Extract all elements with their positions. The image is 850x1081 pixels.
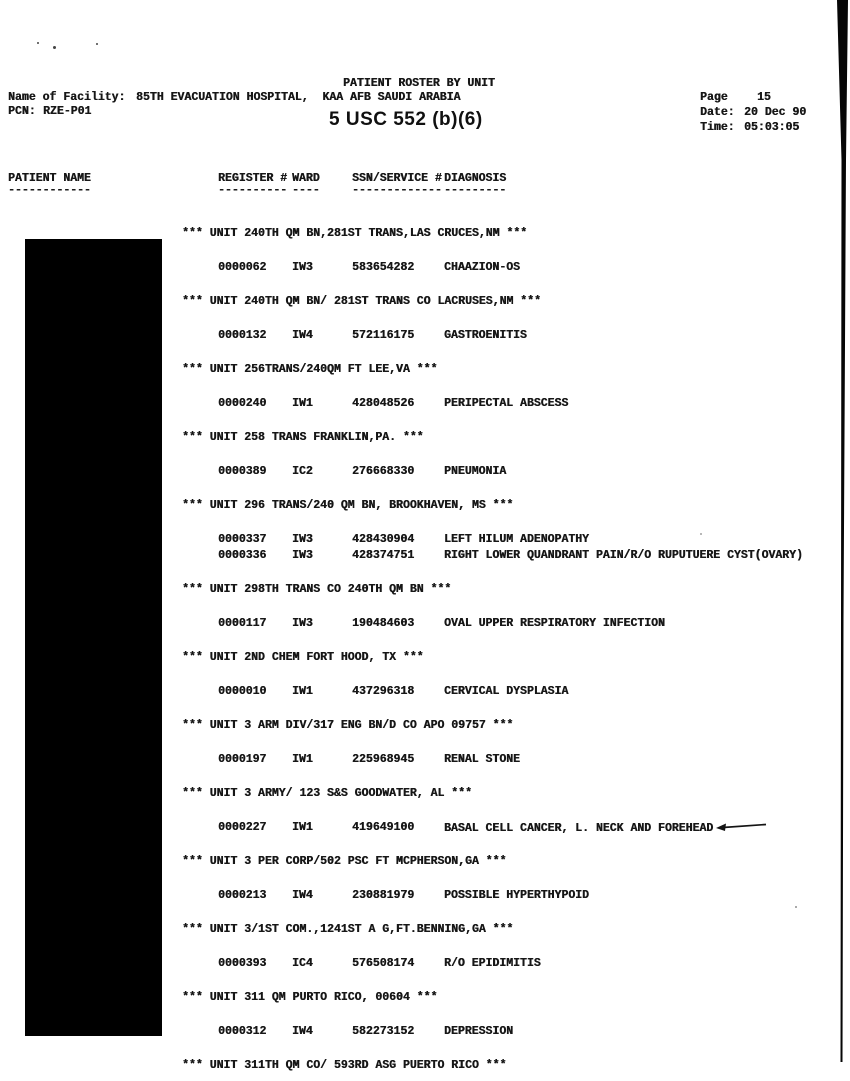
diagnosis-text: RIGHT LOWER QUANDRANT PAIN/R/O RUPUTUERE… bbox=[444, 549, 803, 562]
unit-header: *** UNIT 3 ARMY/ 123 S&S GOODWATER, AL *… bbox=[182, 787, 472, 800]
foia-exemption-stamp: 5 USC 552 (b)(6) bbox=[329, 109, 483, 131]
page-label: Page bbox=[700, 91, 728, 104]
diagnosis-text: DEPRESSION bbox=[444, 1025, 513, 1038]
ssn-service-number: 582273152 bbox=[352, 1025, 414, 1038]
unit-header: *** UNIT 2ND CHEM FORT HOOD, TX *** bbox=[182, 651, 424, 664]
diagnosis-text: POSSIBLE HYPERTHYPOID bbox=[444, 889, 589, 902]
col-rule-patient-name: ------------ bbox=[8, 184, 91, 197]
ward-code: IW3 bbox=[292, 261, 313, 274]
diagnosis-text: LEFT HILUM ADENOPATHY bbox=[444, 533, 589, 546]
scan-edge-artifact bbox=[834, 0, 850, 1081]
ward-code: IW1 bbox=[292, 397, 313, 410]
ssn-service-number: 428374751 bbox=[352, 549, 414, 562]
unit-header: *** UNIT 240TH QM BN,281ST TRANS,LAS CRU… bbox=[182, 227, 527, 240]
ward-code: IW3 bbox=[292, 549, 313, 562]
scan-speck bbox=[795, 906, 797, 908]
register-number: 0000227 bbox=[218, 821, 266, 834]
ward-code: IW1 bbox=[292, 753, 313, 766]
register-number: 0000336 bbox=[218, 549, 266, 562]
diagnosis-text: R/O EPIDIMITIS bbox=[444, 957, 541, 970]
register-number: 0000132 bbox=[218, 329, 266, 342]
ward-code: IW1 bbox=[292, 821, 313, 834]
pcn-value: RZE-P01 bbox=[43, 105, 91, 118]
register-number: 0000393 bbox=[218, 957, 266, 970]
diagnosis-text: RENAL STONE bbox=[444, 753, 520, 766]
register-number: 0000062 bbox=[218, 261, 266, 274]
ward-code: IW3 bbox=[292, 533, 313, 546]
ward-code: IW4 bbox=[292, 329, 313, 342]
diagnosis-text: OVAL UPPER RESPIRATORY INFECTION bbox=[444, 617, 665, 630]
diagnosis-text: PNEUMONIA bbox=[444, 465, 506, 478]
unit-header: *** UNIT 3 PER CORP/502 PSC FT MCPHERSON… bbox=[182, 855, 506, 868]
unit-header: *** UNIT 311 QM PURTO RICO, 00604 *** bbox=[182, 991, 437, 1004]
ssn-service-number: 428048526 bbox=[352, 397, 414, 410]
register-number: 0000337 bbox=[218, 533, 266, 546]
unit-header: *** UNIT 256TRANS/240QM FT LEE,VA *** bbox=[182, 363, 437, 376]
redaction-bar bbox=[25, 239, 162, 1036]
unit-header: *** UNIT 296 TRANS/240 QM BN, BROOKHAVEN… bbox=[182, 499, 513, 512]
col-rule-diagnosis: --------- bbox=[444, 184, 506, 197]
report-title: PATIENT ROSTER BY UNIT bbox=[343, 77, 495, 90]
ssn-service-number: 437296318 bbox=[352, 685, 414, 698]
ssn-service-number: 230881979 bbox=[352, 889, 414, 902]
register-number: 0000197 bbox=[218, 753, 266, 766]
register-number: 0000213 bbox=[218, 889, 266, 902]
time-value: 05:03:05 bbox=[744, 121, 799, 134]
register-number: 0000010 bbox=[218, 685, 266, 698]
diagnosis-text: PERIPECTAL ABSCESS bbox=[444, 397, 568, 410]
pcn-label: PCN: bbox=[8, 105, 36, 118]
date-label: Date: bbox=[700, 106, 735, 119]
ssn-service-number: 419649100 bbox=[352, 821, 414, 834]
date-value: 20 Dec 90 bbox=[744, 106, 806, 119]
scan-speck bbox=[96, 43, 98, 45]
unit-header: *** UNIT 298TH TRANS CO 240TH QM BN *** bbox=[182, 583, 451, 596]
ward-code: IW4 bbox=[292, 1025, 313, 1038]
unit-header: *** UNIT 240TH QM BN/ 281ST TRANS CO LAC… bbox=[182, 295, 541, 308]
col-rule-ssn: ------------- bbox=[352, 184, 442, 197]
diagnosis-text: CHAAZION-OS bbox=[444, 261, 520, 274]
col-rule-register: ---------- bbox=[218, 184, 287, 197]
ssn-service-number: 190484603 bbox=[352, 617, 414, 630]
ward-code: IW1 bbox=[292, 685, 313, 698]
ssn-service-number: 576508174 bbox=[352, 957, 414, 970]
register-number: 0000117 bbox=[218, 617, 266, 630]
register-number: 0000240 bbox=[218, 397, 266, 410]
register-number: 0000312 bbox=[218, 1025, 266, 1038]
diagnosis-text: BASAL CELL CANCER, L. NECK AND FOREHEAD bbox=[444, 821, 768, 835]
diagnosis-text: CERVICAL DYSPLASIA bbox=[444, 685, 568, 698]
unit-header: *** UNIT 258 TRANS FRANKLIN,PA. *** bbox=[182, 431, 424, 444]
facility-label: Name of Facility: bbox=[8, 91, 125, 104]
page-value: 15 bbox=[757, 91, 771, 104]
scanned-report-page: PATIENT ROSTER BY UNIT Name of Facility:… bbox=[0, 0, 850, 1081]
handwritten-arrow-left-icon bbox=[716, 821, 768, 832]
ward-code: IW4 bbox=[292, 889, 313, 902]
col-rule-ward: ---- bbox=[292, 184, 320, 197]
ssn-service-number: 276668330 bbox=[352, 465, 414, 478]
scan-speck bbox=[53, 46, 56, 49]
scan-speck bbox=[37, 42, 39, 44]
ssn-service-number: 225968945 bbox=[352, 753, 414, 766]
time-label: Time: bbox=[700, 121, 735, 134]
ssn-service-number: 572116175 bbox=[352, 329, 414, 342]
unit-header: *** UNIT 3 ARM DIV/317 ENG BN/D CO APO 0… bbox=[182, 719, 513, 732]
diagnosis-text: GASTROENITIS bbox=[444, 329, 527, 342]
ssn-service-number: 428430904 bbox=[352, 533, 414, 546]
unit-header: *** UNIT 3/1ST COM.,1241ST A G,FT.BENNIN… bbox=[182, 923, 513, 936]
ward-code: IC4 bbox=[292, 957, 313, 970]
ward-code: IW3 bbox=[292, 617, 313, 630]
ward-code: IC2 bbox=[292, 465, 313, 478]
unit-header: *** UNIT 311TH QM CO/ 593RD ASG PUERTO R… bbox=[182, 1059, 506, 1072]
register-number: 0000389 bbox=[218, 465, 266, 478]
ssn-service-number: 583654282 bbox=[352, 261, 414, 274]
facility-value: 85TH EVACUATION HOSPITAL, KAA AFB SAUDI … bbox=[136, 91, 460, 104]
